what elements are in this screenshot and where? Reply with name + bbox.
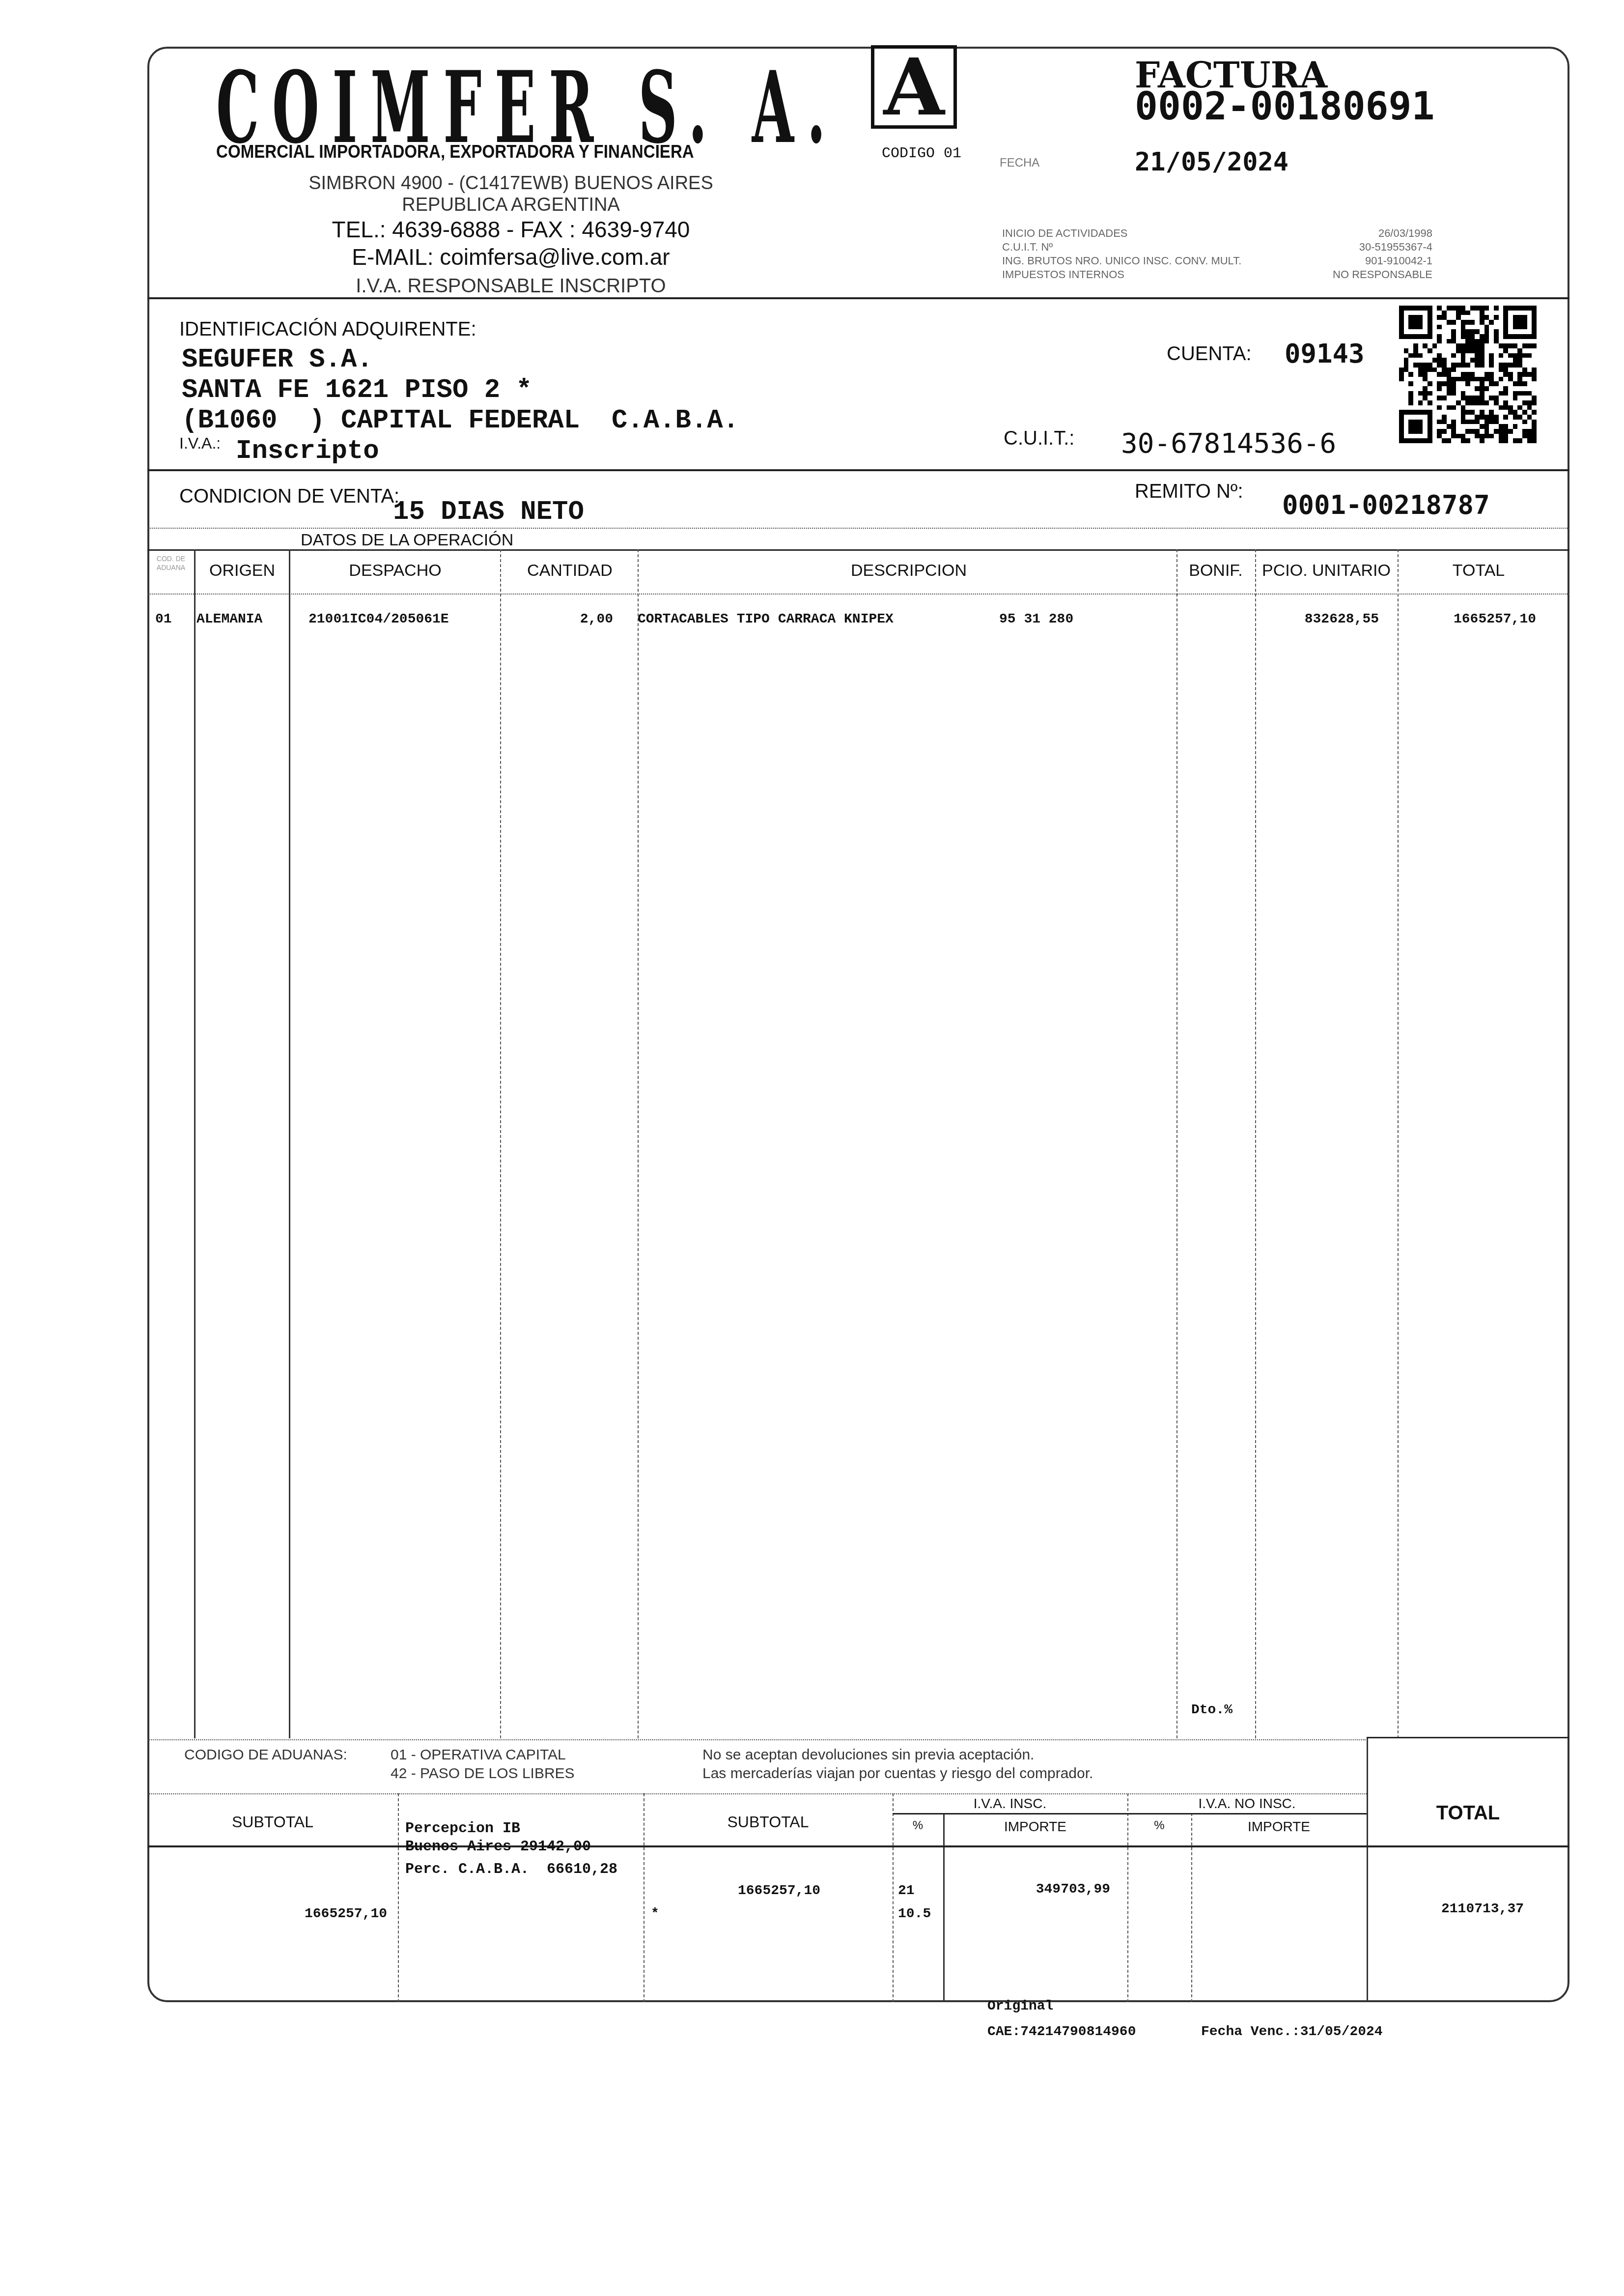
date-label: FECHA bbox=[1000, 156, 1039, 170]
fiscal-value-cuit: 30-51955367-4 bbox=[1359, 241, 1432, 254]
column-line bbox=[500, 549, 501, 1738]
perception-buenos-aires: Buenos Aires 29142,00 bbox=[405, 1839, 591, 1855]
column-line bbox=[1398, 549, 1399, 1738]
item-description: CORTACABLES TIPO CARRACA KNIPEX bbox=[638, 612, 894, 627]
iva-amount: 349703,99 bbox=[943, 1882, 1110, 1897]
remito-number: 0001-00218787 bbox=[1282, 489, 1490, 520]
qr-code bbox=[1399, 306, 1537, 443]
total-label: TOTAL bbox=[1367, 1802, 1569, 1824]
col-header-bonif: BONIF. bbox=[1176, 561, 1255, 580]
issuer-phones: TEL.: 4639-6888 - FAX : 4639-9740 bbox=[216, 216, 806, 243]
col-header-origen: ORIGEN bbox=[196, 561, 289, 580]
customs-code-2: 42 - PASO DE LOS LIBRES bbox=[391, 1765, 575, 1782]
divider bbox=[147, 1793, 1367, 1794]
item-aduana: 01 bbox=[155, 612, 172, 627]
iva-insc-label: I.V.A. INSC. bbox=[893, 1796, 1127, 1812]
perception-caba: Perc. C.A.B.A. 66610,28 bbox=[405, 1861, 617, 1878]
fiscal-value-internal: NO RESPONSABLE bbox=[1333, 268, 1432, 281]
iva-rate-general: 21 bbox=[898, 1883, 915, 1899]
operation-label: DATOS DE LA OPERACIÓN bbox=[301, 531, 513, 550]
iva-rate-reduced: 10.5 bbox=[898, 1906, 931, 1922]
customs-code-1: 01 - OPERATIVA CAPITAL bbox=[391, 1747, 566, 1763]
cae-due-date: Fecha Venc.:31/05/2024 bbox=[1201, 2024, 1383, 2040]
discount-label: Dto.% bbox=[1191, 1702, 1232, 1718]
issuer-email: E-MAIL: coimfersa@live.com.ar bbox=[216, 244, 806, 270]
fiscal-value-start: 26/03/1998 bbox=[1378, 227, 1432, 240]
iva-amount-label: IMPORTE bbox=[943, 1819, 1127, 1835]
shipping-risk-note: Las mercaderías viajan por cuentas y rie… bbox=[702, 1765, 1093, 1782]
col-header-descripcion: DESCRIPCION bbox=[639, 561, 1179, 580]
divider bbox=[147, 469, 1569, 471]
invoice-date: 21/05/2024 bbox=[1135, 147, 1288, 177]
account-label: CUENTA: bbox=[1167, 343, 1252, 365]
reduced-rate-marker: * bbox=[651, 1906, 659, 1922]
column-line bbox=[1255, 549, 1256, 1738]
client-iva-label: I.V.A.: bbox=[179, 434, 221, 453]
iva-no-pct-label: % bbox=[1127, 1819, 1191, 1833]
divider bbox=[147, 1845, 1569, 1847]
column-line bbox=[289, 549, 290, 1738]
issuer-country: REPUBLICA ARGENTINA bbox=[216, 195, 806, 216]
fiscal-label-start: INICIO DE ACTIVIDADES bbox=[1002, 227, 1128, 240]
sale-condition: 15 DIAS NETO bbox=[393, 497, 584, 527]
fiscal-label-cuit: C.U.I.T. Nº bbox=[1002, 241, 1053, 254]
fiscal-label-internal: IMPUESTOS INTERNOS bbox=[1002, 268, 1124, 281]
client-section-label: IDENTIFICACIÓN ADQUIRENTE: bbox=[179, 318, 476, 340]
col-header-total: TOTAL bbox=[1398, 561, 1560, 580]
subtotal2-label: SUBTOTAL bbox=[644, 1813, 893, 1831]
iva-no-amount-label: IMPORTE bbox=[1191, 1819, 1367, 1835]
column-line bbox=[194, 549, 196, 1738]
invoice-type-letter: A bbox=[871, 45, 957, 129]
issuer-address: SIMBRON 4900 - (C1417EWB) BUENOS AIRES bbox=[216, 173, 806, 194]
divider bbox=[147, 594, 1569, 595]
cae-number: CAE:74214790814960 bbox=[987, 2024, 1136, 2040]
client-address: SANTA FE 1621 PISO 2 * bbox=[182, 375, 532, 405]
grand-total: 2110713,37 bbox=[1367, 1901, 1524, 1917]
item-unit-price: 832628,55 bbox=[1255, 612, 1379, 627]
account-number: 09143 bbox=[1285, 338, 1365, 369]
fiscal-label-ib: ING. BRUTOS NRO. UNICO INSC. CONV. MULT. bbox=[1002, 255, 1241, 267]
client-city: (B1060 ) CAPITAL FEDERAL C.A.B.A. bbox=[182, 406, 739, 436]
divider bbox=[147, 297, 1569, 299]
client-name: SEGUFER S.A. bbox=[182, 345, 373, 375]
subtotal-label: SUBTOTAL bbox=[147, 1813, 398, 1831]
fiscal-value-ib: 901-910042-1 bbox=[1365, 255, 1432, 267]
item-quantity: 2,00 bbox=[501, 612, 613, 627]
issuer-tagline: COMERCIAL IMPORTADORA, EXPORTADORA Y FIN… bbox=[216, 142, 694, 162]
divider bbox=[147, 1739, 1366, 1740]
col-header-unit-price: PCIO. UNITARIO bbox=[1255, 561, 1398, 580]
item-code: 95 31 280 bbox=[999, 612, 1073, 627]
divider bbox=[893, 1813, 1367, 1814]
column-line bbox=[398, 1793, 399, 2002]
iva-pct-label: % bbox=[893, 1819, 943, 1833]
item-total: 1665257,10 bbox=[1398, 612, 1536, 627]
remito-label: REMITO Nº: bbox=[1135, 481, 1243, 503]
column-line bbox=[1176, 549, 1177, 1738]
column-line bbox=[1367, 1737, 1368, 2002]
client-iva-value: Inscripto bbox=[236, 436, 379, 466]
column-line bbox=[943, 1813, 945, 2002]
invoice-type-code: CODIGO 01 bbox=[882, 145, 961, 162]
column-line bbox=[1191, 1813, 1192, 2002]
col-header-cantidad: CANTIDAD bbox=[501, 561, 639, 580]
issuer-iva-status: I.V.A. RESPONSABLE INSCRIPTO bbox=[216, 275, 806, 297]
col-header-despacho: DESPACHO bbox=[291, 561, 500, 580]
sale-condition-label: CONDICION DE VENTA: bbox=[179, 485, 399, 508]
perception-label: Percepcion IB bbox=[405, 1820, 520, 1837]
column-line bbox=[638, 549, 639, 1738]
cuit-label: C.U.I.T.: bbox=[1004, 427, 1074, 450]
copy-type: Original bbox=[987, 1999, 1053, 2014]
subtotal2-value: 1665257,10 bbox=[644, 1883, 820, 1899]
iva-no-insc-label: I.V.A. NO INSC. bbox=[1127, 1796, 1367, 1812]
divider bbox=[1367, 1737, 1569, 1738]
divider bbox=[147, 528, 1569, 529]
item-origen: ALEMANIA bbox=[196, 612, 262, 627]
item-despacho: 21001IC04/205061E bbox=[308, 612, 449, 627]
return-policy-note: No se aceptan devoluciones sin previa ac… bbox=[702, 1747, 1034, 1763]
invoice-number: 0002-00180691 bbox=[1135, 85, 1434, 129]
col-header-aduana: COD. DE ADUANA bbox=[149, 554, 193, 572]
client-cuit: 30-67814536-6 bbox=[1121, 427, 1336, 459]
customs-label: CODIGO DE ADUANAS: bbox=[184, 1747, 347, 1763]
divider bbox=[147, 549, 1569, 551]
subtotal-value: 1665257,10 bbox=[147, 1906, 387, 1922]
